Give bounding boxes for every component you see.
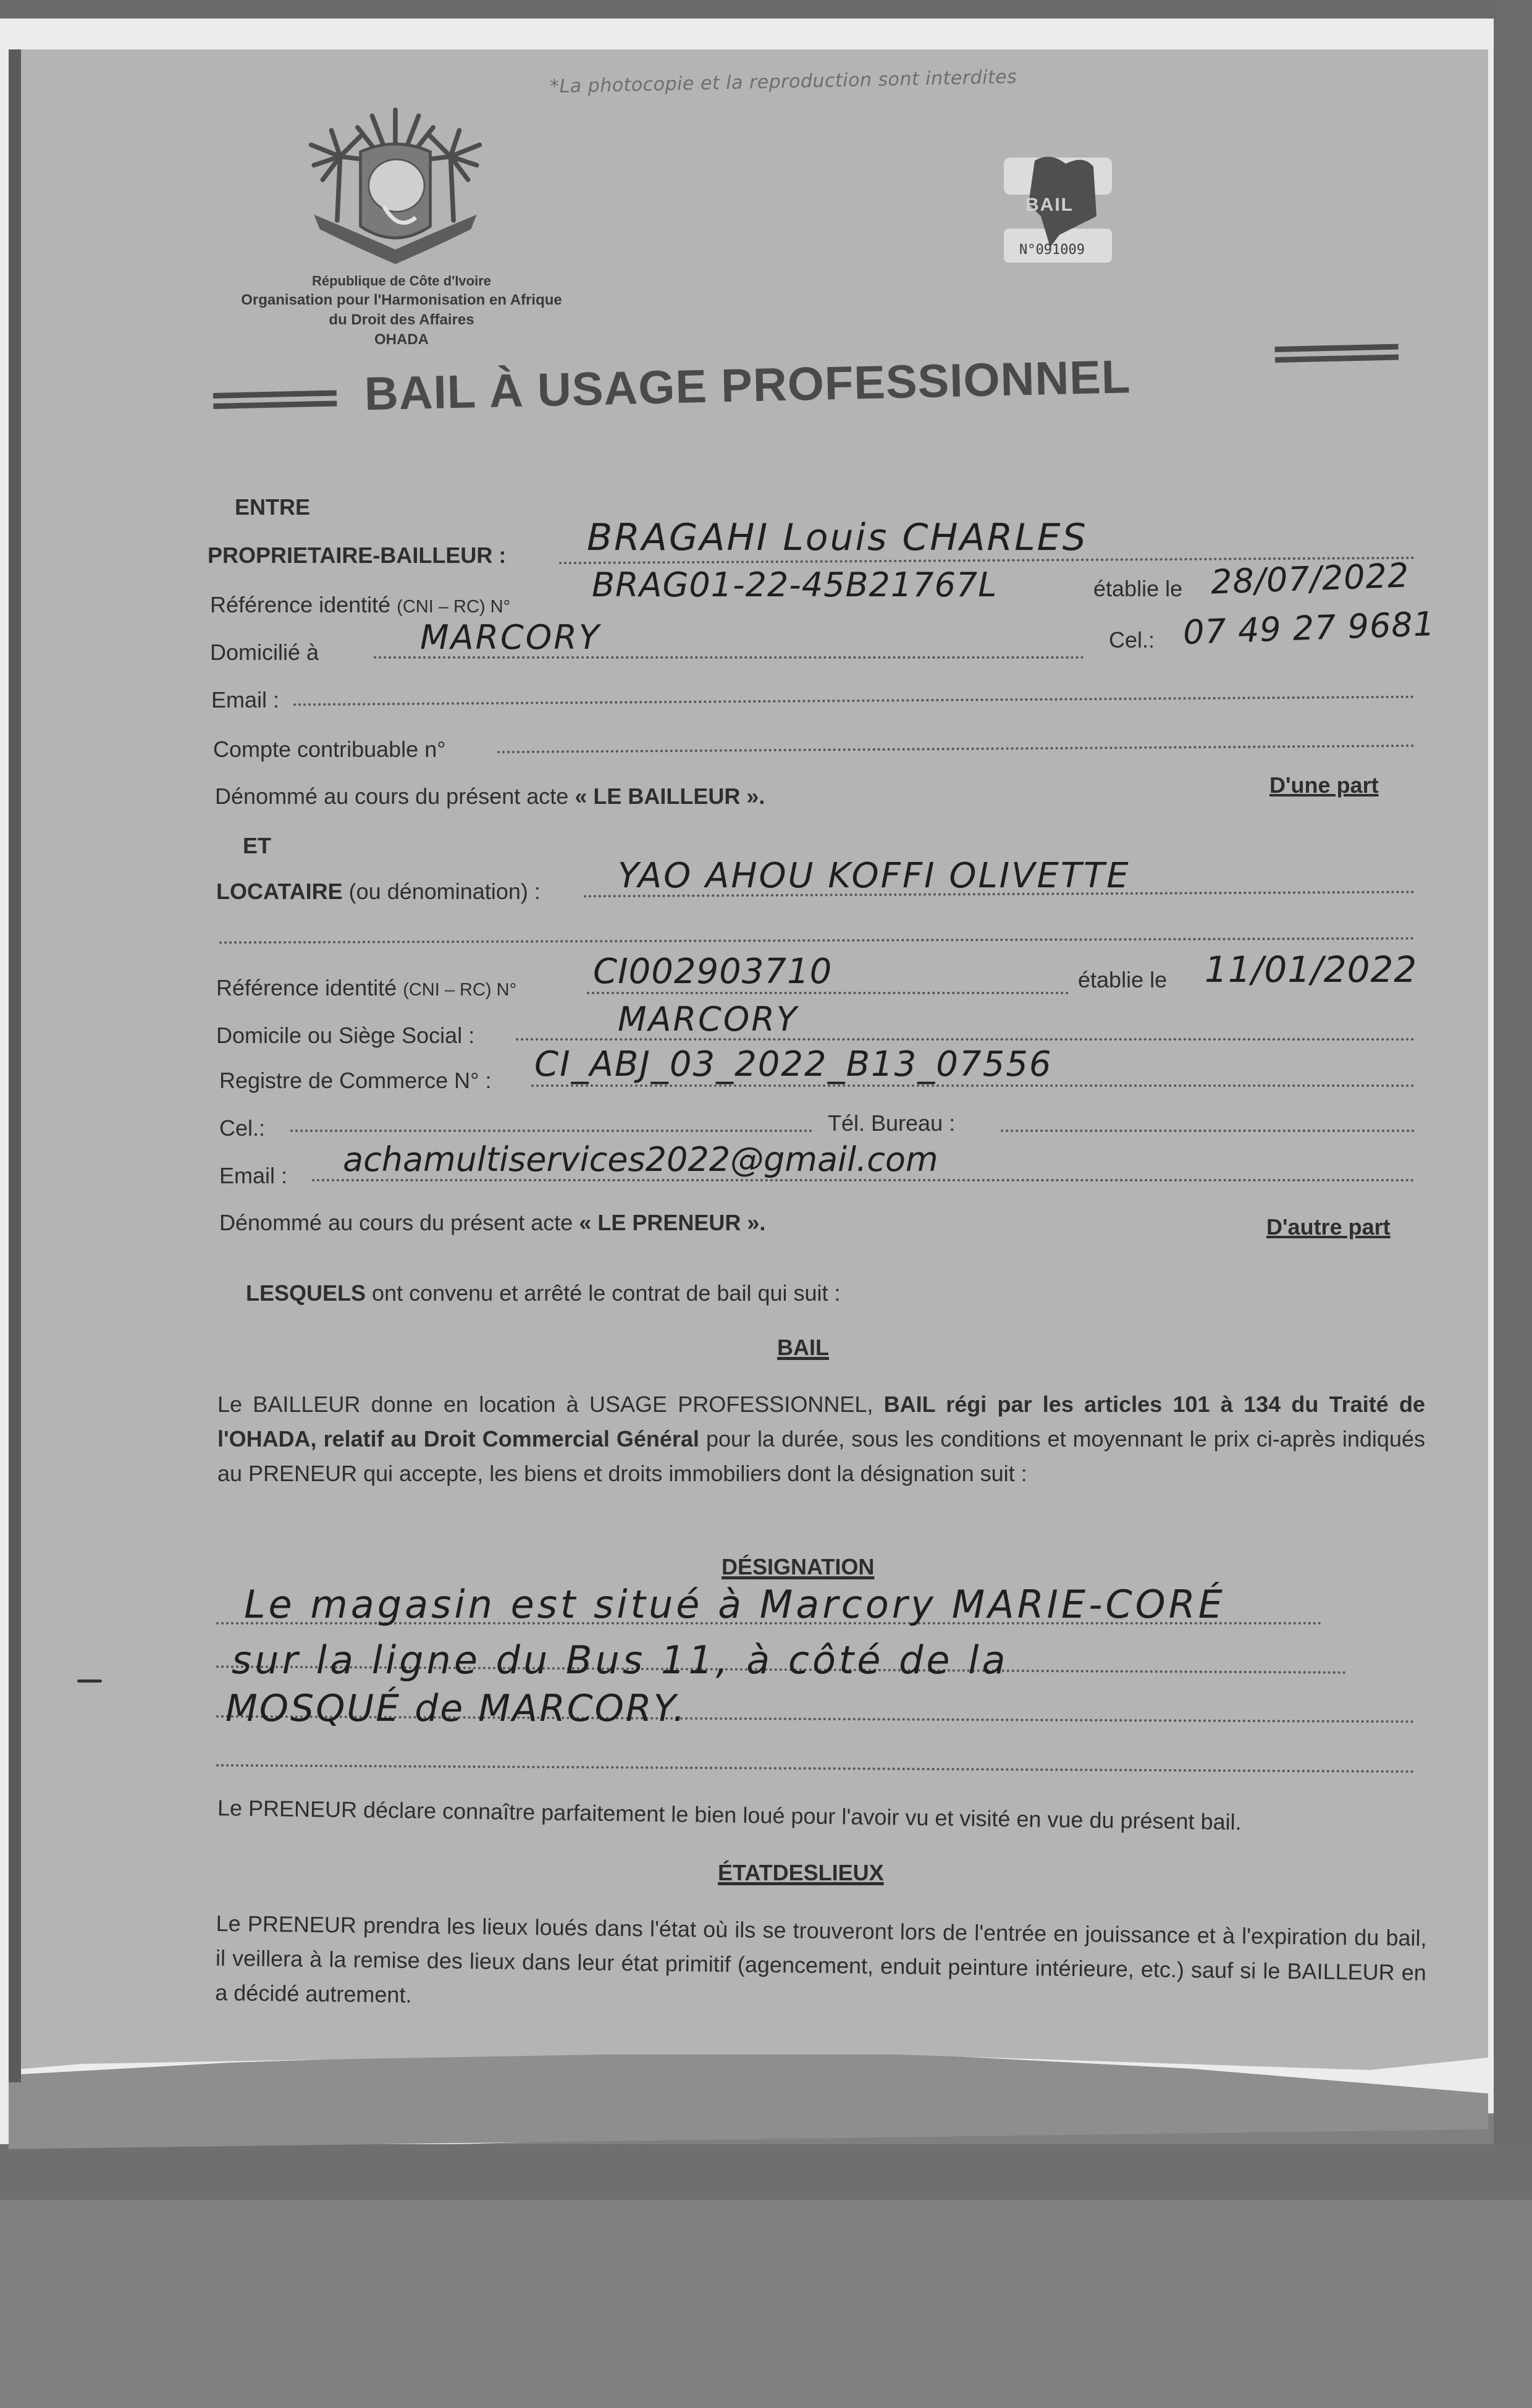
tenant-id-issued-label: établie le [1078, 967, 1167, 993]
owner-id-label-suffix: (CNI – RC) N° [397, 597, 510, 617]
owner-email-field[interactable] [293, 696, 1415, 706]
tenant-id-label-text: Référence identité [216, 975, 397, 1000]
second-party-label: D'autre part [1266, 1214, 1391, 1240]
owner-field[interactable]: BRAGAHI Louis CHARLES [587, 516, 1088, 559]
document-title: BAIL À USAGE PROFESSIONNEL [213, 337, 1418, 433]
tenant-label-bold: LOCATAIRE [216, 879, 343, 904]
tenant-domicile-label: Domicile ou Siège Social : [216, 1023, 474, 1049]
stamp-number: N°091009 [1019, 242, 1085, 258]
etat-des-lieux-paragraph: Le PRENEUR prendra les lieux loués dans … [215, 1906, 1427, 2025]
designation-line-4-rule [216, 1764, 1415, 1773]
tenant-office-label: Tél. Bureau : [828, 1110, 955, 1136]
tenant-registry-line [531, 1084, 1415, 1087]
section-designation-title: DÉSIGNATION [722, 1554, 874, 1580]
owner-tax-label: Compte contribuable n° [213, 737, 446, 763]
tenant-id-line [587, 992, 1069, 994]
owner-designation-value: « LE BAILLEUR ». [574, 784, 765, 809]
tenant-registry-label: Registre de Commerce N° : [219, 1068, 492, 1094]
owner-id-field[interactable]: BRAG01-22-45B21767L [592, 565, 997, 604]
tenant-email-line [312, 1179, 1415, 1181]
country-name: République de Côte d'Ivoire [204, 272, 599, 290]
bail-text-1: Le BAILLEUR donne en location à USAGE PR… [217, 1392, 884, 1417]
owner-label: PROPRIETAIRE-BAILLEUR : [208, 543, 506, 568]
owner-email-label: Email : [211, 687, 279, 713]
tenant-field[interactable]: YAO AHOU KOFFI OLIVETTE [618, 856, 1130, 896]
lease-document: *La photocopie et la reproduction sont i… [0, 0, 1532, 2408]
org-acronym: OHADA [204, 330, 599, 350]
owner-domicile-field[interactable]: MARCORY [420, 618, 601, 657]
tenant-email-field[interactable]: achamultiservices2022@gmail.com [343, 1140, 938, 1179]
designation-declaration: Le PRENEUR déclare connaître parfaitemen… [217, 1795, 1242, 1835]
owner-designation: Dénommé au cours du présent acte « LE BA… [215, 784, 765, 809]
owner-cel-label: Cel.: [1109, 627, 1155, 653]
agreement-rest: ont convenu et arrêté le contrat de bail… [372, 1280, 840, 1306]
tenant-domicile-field[interactable]: MARCORY [618, 1000, 799, 1039]
copy-prohibited-notice: *La photocopie et la reproduction sont i… [550, 66, 1017, 98]
tenant-id-label-suffix: (CNI – RC) N° [403, 980, 516, 1000]
tenant-office-field[interactable] [1001, 1130, 1415, 1132]
owner-tax-field[interactable] [497, 745, 1415, 753]
title-rule-left [213, 390, 337, 409]
tenant-id-field[interactable]: CI002903710 [593, 952, 832, 992]
org-name-line1: Organisation pour l'Harmonisation en Afr… [204, 290, 599, 310]
section-etat-des-lieux-title: ÉTATDESLIEUX [718, 1860, 884, 1886]
title-text: BAIL À USAGE PROFESSIONNEL [364, 350, 1131, 421]
tenant-registry-field[interactable]: CI_ABJ_03_2022_B13_07556 [534, 1044, 1052, 1084]
tenant-field-line-2 [219, 937, 1415, 944]
designation-line-3[interactable]: MOSQUÉ de MARCORY. [225, 1687, 687, 1730]
tenant-id-issued-date[interactable]: 11/01/2022 [1205, 948, 1417, 991]
owner-id-label-text: Référence identité [210, 592, 390, 617]
et-label: ET [243, 833, 271, 859]
entre-label: ENTRE [235, 494, 310, 520]
tenant-designation-value: « LE PRENEUR ». [579, 1210, 765, 1235]
bail-paragraph: Le BAILLEUR donne en location à USAGE PR… [217, 1387, 1425, 1491]
owner-domicile-label: Domicilié à [210, 640, 319, 665]
first-party-label: D'une part [1269, 772, 1379, 798]
owner-cel-field[interactable]: 07 49 27 9681 [1182, 604, 1436, 652]
tenant-label-suffix: (ou dénomination) : [349, 879, 541, 904]
title-rule-right [1275, 344, 1399, 363]
issuing-organization: République de Côte d'Ivoire Organisation… [204, 272, 599, 350]
tenant-cel-label: Cel.: [219, 1115, 265, 1141]
tenant-cel-field[interactable] [290, 1130, 812, 1132]
tenant-designation-prefix: Dénommé au cours du présent acte [219, 1210, 573, 1235]
agreement-statement: LESQUELS ont convenu et arrêté le contra… [246, 1280, 841, 1306]
owner-id-issued-label: établie le [1093, 576, 1182, 602]
section-bail-title: BAIL [777, 1335, 829, 1361]
pen-mark [77, 1679, 102, 1683]
tenant-label: LOCATAIRE (ou dénomination) : [216, 879, 541, 905]
owner-id-label: Référence identité (CNI – RC) N° [210, 592, 510, 618]
owner-id-issued-date[interactable]: 28/07/2022 [1210, 556, 1410, 601]
designation-line-1[interactable]: Le magasin est situé à Marcory MARIE-COR… [244, 1582, 1226, 1627]
tenant-email-label: Email : [219, 1163, 287, 1189]
coat-of-arms-icon [297, 102, 494, 275]
tenant-id-label: Référence identité (CNI – RC) N° [216, 975, 516, 1001]
designation-line-2[interactable]: sur la ligne du Bus 11, à côté de la [232, 1637, 1009, 1683]
tenant-designation: Dénommé au cours du présent acte « LE PR… [219, 1210, 765, 1236]
agreement-lead: LESQUELS [246, 1280, 366, 1306]
stamp-label: BAIL [1025, 195, 1074, 216]
owner-designation-prefix: Dénommé au cours du présent acte [215, 784, 568, 809]
org-name-line2: du Droit des Affaires [204, 310, 599, 330]
